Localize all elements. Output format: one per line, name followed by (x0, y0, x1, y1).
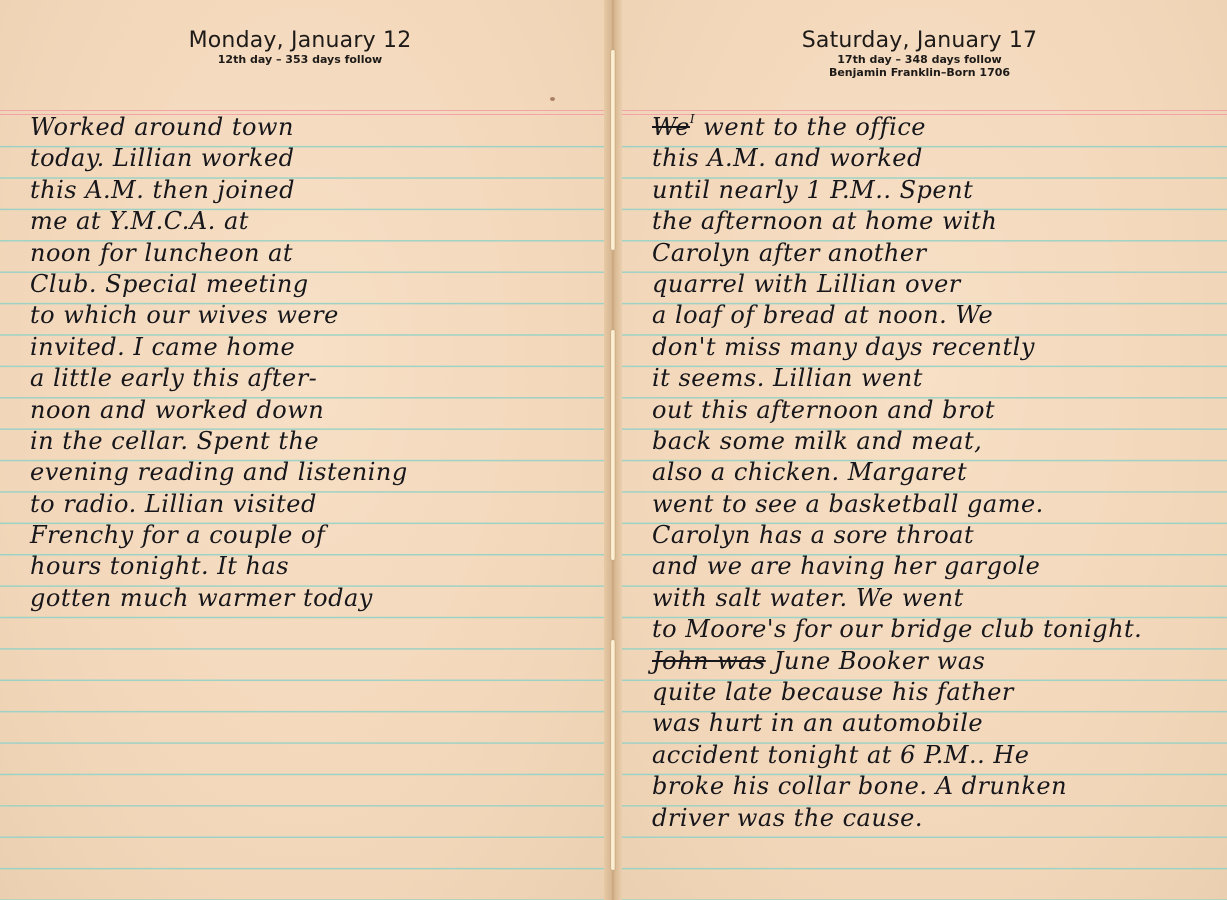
entry-line: the afternoon at home with (652, 206, 1217, 237)
entry-line: was hurt in an automobile (652, 708, 1217, 739)
entry-text: Carolyn after another (652, 239, 927, 267)
entry-text: accident tonight at 6 P.M.. He (652, 741, 1029, 769)
entry-line: quite late because his father (652, 677, 1217, 708)
entry-text: the afternoon at home with (652, 207, 997, 235)
entry-line: and we are having her gargole (652, 551, 1217, 582)
entry-line: it seems. Lillian went (652, 363, 1217, 394)
entry-text: went to the office (695, 113, 926, 141)
left-page-header: Monday, January 12 12th day – 353 days f… (0, 28, 600, 66)
entry-line: in the cellar. Spent the (30, 426, 592, 457)
struck-text: John was (652, 647, 766, 675)
entry-line: until nearly 1 P.M.. Spent (652, 175, 1217, 206)
entry-line: out this afternoon and brot (652, 395, 1217, 426)
entry-line: this A.M. then joined (30, 175, 592, 206)
entry-line: with salt water. We went (652, 583, 1217, 614)
entry-line: Carolyn after another (652, 238, 1217, 269)
entry-text: quarrel with Lillian over (652, 270, 961, 298)
entry-line: Worked around town (30, 112, 592, 143)
left-page-date-title: Monday, January 12 (0, 28, 600, 53)
entry-line: me at Y.M.C.A. at (30, 206, 592, 237)
entry-line: invited. I came home (30, 332, 592, 363)
entry-text: it seems. Lillian went (652, 364, 923, 392)
entry-text: back some milk and meat, (652, 427, 982, 455)
right-page-header: Saturday, January 17 17th day – 348 days… (612, 28, 1227, 79)
entry-text: Carolyn has a sore throat (652, 521, 974, 549)
entry-line: also a chicken. Margaret (652, 457, 1217, 488)
right-page-historical-note: Benjamin Franklin–Born 1706 (612, 66, 1227, 79)
entry-text: driver was the cause. (652, 804, 923, 832)
right-diary-entry: WeI went to the officethis A.M. and work… (652, 116, 1217, 838)
inserted-text: I (690, 112, 695, 126)
entry-text: a loaf of bread at noon. We (652, 301, 993, 329)
entry-line: WeI went to the office (652, 112, 1217, 143)
right-page: Saturday, January 17 17th day – 348 days… (612, 0, 1227, 900)
entry-text: to Moore's for our bridge club tonight. (652, 615, 1142, 643)
entry-text: went to see a basketball game. (652, 490, 1044, 518)
entry-line: hours tonight. It has (30, 551, 592, 582)
binding-thread (611, 330, 615, 560)
entry-text: and we are having her gargole (652, 552, 1040, 580)
entry-line: quarrel with Lillian over (652, 269, 1217, 300)
left-page: Monday, January 12 12th day – 353 days f… (0, 0, 612, 900)
entry-text: also a chicken. Margaret (652, 458, 967, 486)
entry-line: Club. Special meeting (30, 269, 592, 300)
entry-line: went to see a basketball game. (652, 489, 1217, 520)
binding-thread (611, 50, 615, 250)
entry-line: this A.M. and worked (652, 143, 1217, 174)
entry-line: accident tonight at 6 P.M.. He (652, 740, 1217, 771)
entry-text: until nearly 1 P.M.. Spent (652, 176, 973, 204)
entry-text: with salt water. We went (652, 584, 964, 612)
struck-text: We (652, 113, 690, 141)
entry-line: gotten much warmer today (30, 583, 592, 614)
entry-line: a loaf of bread at noon. We (652, 300, 1217, 331)
entry-line: broke his collar bone. A drunken (652, 771, 1217, 802)
right-page-date-title: Saturday, January 17 (612, 28, 1227, 53)
entry-text: quite late because his father (652, 678, 1014, 706)
binding-thread (611, 640, 615, 870)
entry-line: to radio. Lillian visited (30, 489, 592, 520)
ink-speck (550, 97, 555, 101)
entry-line: evening reading and listening (30, 457, 592, 488)
right-page-day-count: 17th day – 348 days follow (612, 53, 1227, 66)
entry-line: John was June Booker was (652, 646, 1217, 677)
entry-line: driver was the cause. (652, 803, 1217, 834)
left-diary-entry: Worked around town today. Lillian worked… (30, 116, 592, 618)
entry-line: back some milk and meat, (652, 426, 1217, 457)
entry-line: noon for luncheon at (30, 238, 592, 269)
entry-text: don't miss many days recently (652, 333, 1035, 361)
entry-text: this A.M. and worked (652, 144, 923, 172)
entry-line: a little early this after- (30, 363, 592, 394)
entry-text: broke his collar bone. A drunken (652, 772, 1067, 800)
entry-line: Carolyn has a sore throat (652, 520, 1217, 551)
diary-spread: Monday, January 12 12th day – 353 days f… (0, 0, 1227, 900)
entry-line: noon and worked down (30, 395, 592, 426)
left-page-day-count: 12th day – 353 days follow (0, 53, 600, 66)
entry-text: was hurt in an automobile (652, 709, 983, 737)
entry-line: today. Lillian worked (30, 143, 592, 174)
entry-text: June Booker was (766, 647, 986, 675)
entry-line: Frenchy for a couple of (30, 520, 592, 551)
entry-line: don't miss many days recently (652, 332, 1217, 363)
entry-text: out this afternoon and brot (652, 396, 995, 424)
entry-line: to which our wives were (30, 300, 592, 331)
entry-line: to Moore's for our bridge club tonight. (652, 614, 1217, 645)
